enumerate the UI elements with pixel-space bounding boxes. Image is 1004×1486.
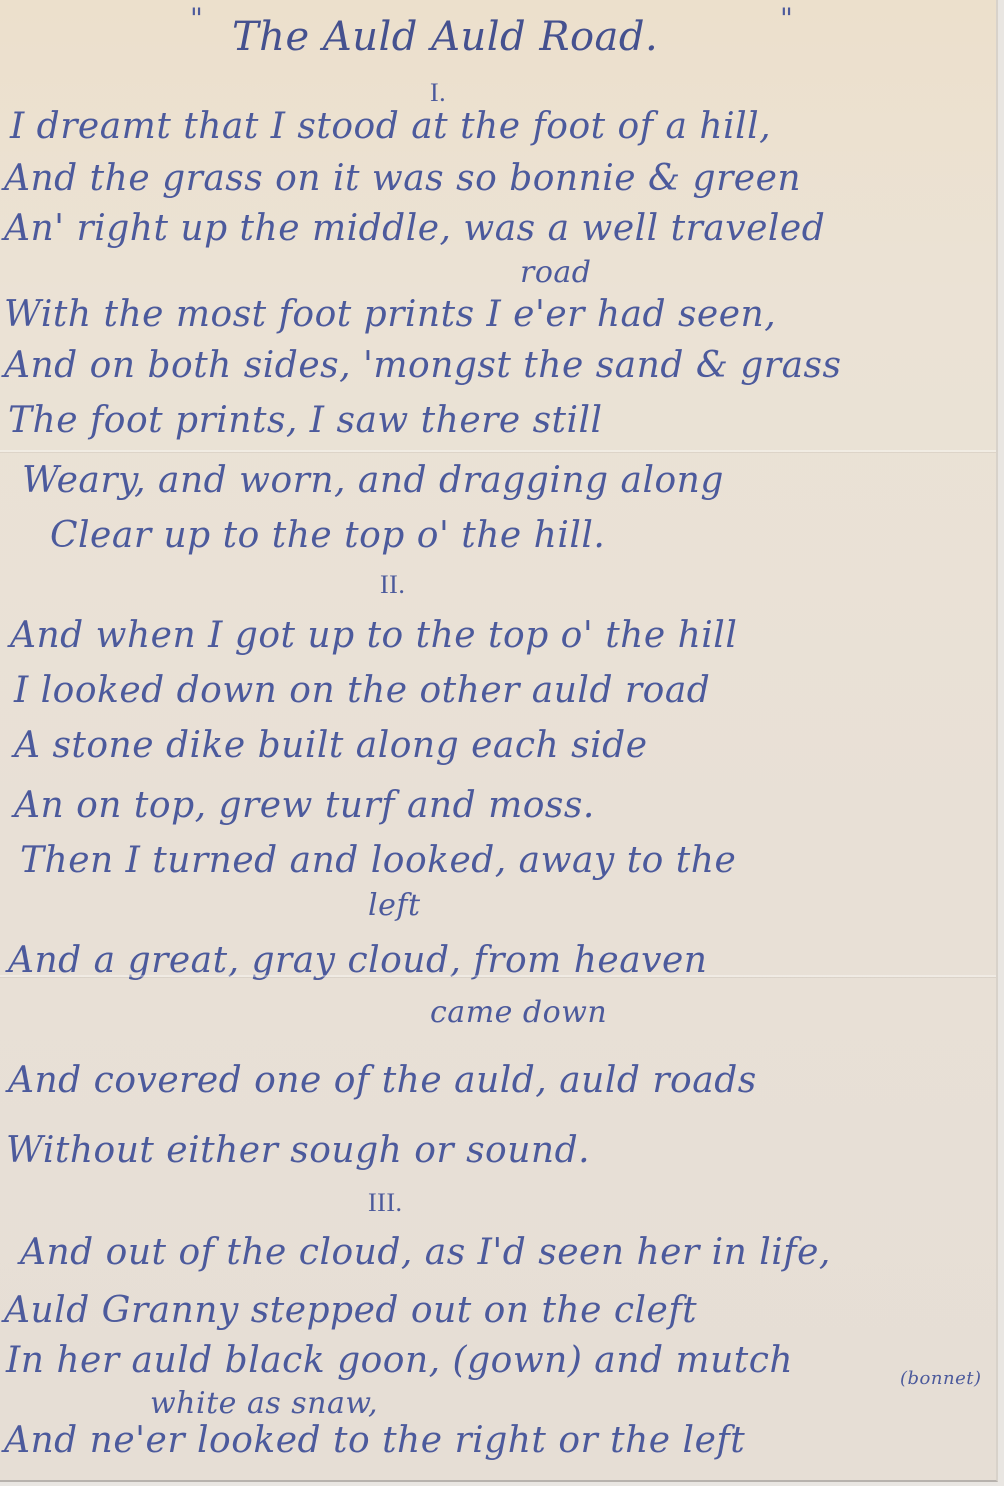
close-quote: " xyxy=(780,2,793,35)
poem-line-continuation: left xyxy=(368,888,421,923)
stanza-numeral-3: III. xyxy=(368,1188,402,1218)
poem-line-continuation: came down xyxy=(430,995,607,1030)
poem-line: Weary, and worn, and dragging along xyxy=(22,460,724,501)
poem-line: I dreamt that I stood at the foot of a h… xyxy=(10,106,771,147)
poem-line: A stone dike built along each side xyxy=(14,725,648,766)
stanza-numeral-2: II. xyxy=(380,570,405,600)
poem-line-continuation: road xyxy=(520,255,592,290)
poem-line: The foot prints, I saw there still xyxy=(8,400,603,441)
poem-line: Without either sough or sound. xyxy=(6,1130,590,1171)
poem-line: With the most foot prints I e'er had see… xyxy=(4,294,776,335)
poem-line: Clear up to the top o' the hill. xyxy=(50,515,605,556)
stanza-numeral-1: I. xyxy=(430,78,446,108)
poem-line: And a great, gray cloud, from heaven xyxy=(8,940,708,981)
handwritten-letter-page: " The Auld Auld Road. " I. I dreamt that… xyxy=(0,0,998,1482)
poem-line: And the grass on it was so bonnie & gree… xyxy=(4,158,801,199)
poem-line: Then I turned and looked, away to the xyxy=(20,840,736,881)
poem-line: In her auld black goon, (gown) and mutch xyxy=(6,1340,793,1381)
poem-line: And covered one of the auld, auld roads xyxy=(8,1060,757,1101)
poem-title: The Auld Auld Road. xyxy=(232,14,658,60)
poem-line: And on both sides, 'mongst the sand & gr… xyxy=(4,345,841,386)
poem-line: And out of the cloud, as I'd seen her in… xyxy=(20,1232,831,1273)
poem-line: An on top, grew turf and moss. xyxy=(14,785,595,826)
poem-line: An' right up the middle, was a well trav… xyxy=(4,208,825,249)
poem-line: Auld Granny stepped out on the cleft xyxy=(4,1290,697,1331)
poem-line-continuation: white as snaw, xyxy=(150,1386,378,1421)
poem-annotation: (bonnet) xyxy=(900,1368,981,1389)
poem-line: And ne'er looked to the right or the lef… xyxy=(4,1420,745,1461)
poem-line: I looked down on the other auld road xyxy=(14,670,710,711)
open-quote: " xyxy=(190,2,203,35)
poem-line: And when I got up to the top o' the hill xyxy=(10,615,737,656)
